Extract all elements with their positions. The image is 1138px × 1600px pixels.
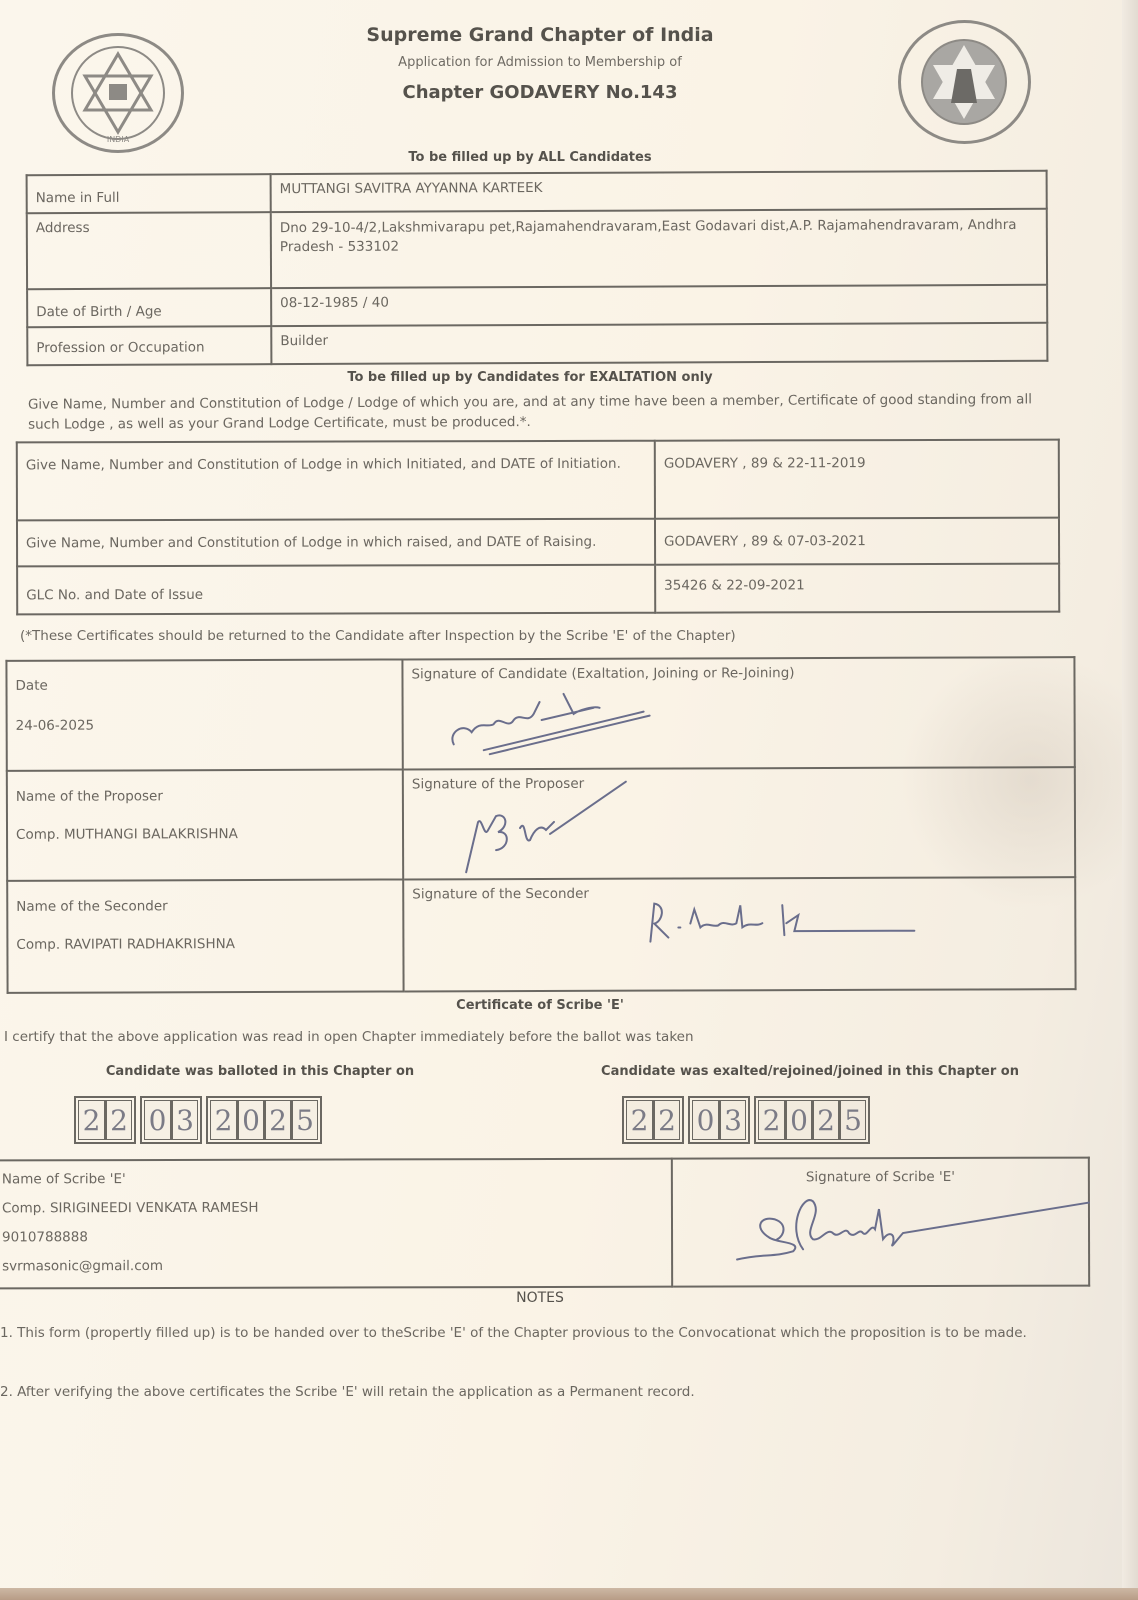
digit-box[interactable]: 3: [719, 1100, 746, 1140]
scribe-name[interactable]: Comp. SIRIGINEEDI VENKATA RAMESH: [2, 1193, 663, 1224]
proposer-cell: Name of the Proposer Comp. MUTHANGI BALA…: [7, 769, 403, 880]
proposer-name[interactable]: Comp. MUTHANGI BALAKRISHNA: [16, 815, 394, 854]
regional-grand-chapter-seal-icon: [898, 20, 1031, 144]
digit-box[interactable]: 2: [78, 1100, 105, 1140]
initiation-label: Give Name, Number and Constitution of Lo…: [17, 441, 655, 521]
signatures-table: Date 24-06-2025 Signature of Candidate (…: [5, 656, 1076, 994]
scribe-details-table: Name of Scribe 'E' Comp. SIRIGINEEDI VEN…: [0, 1157, 1090, 1290]
raising-value[interactable]: GODAVERY , 89 & 07-03-2021: [655, 518, 1059, 565]
raising-label: Give Name, Number and Constitution of Lo…: [17, 519, 655, 567]
year-group: 2 0 2 5: [754, 1096, 870, 1144]
exalted-date-boxes[interactable]: 2 2 0 3 2 0 2 5: [622, 1096, 874, 1144]
scribe-name-label: Name of Scribe 'E': [2, 1164, 663, 1195]
organization-title: Supreme Grand Chapter of India: [350, 24, 730, 46]
digit-box[interactable]: 0: [237, 1100, 264, 1140]
digit-box[interactable]: 0: [144, 1100, 171, 1140]
digit-box[interactable]: 5: [839, 1100, 866, 1140]
scribe-signature-icon: [733, 1187, 1093, 1272]
name-value[interactable]: MUTTANGI SAVITRA AYYANNA KARTEEK: [271, 171, 1047, 212]
digit-box[interactable]: 2: [626, 1100, 653, 1140]
balloted-label: Candidate was balloted in this Chapter o…: [60, 1064, 460, 1079]
seconder-signature-icon: [644, 897, 924, 952]
exalted-label: Candidate was exalted/rejoined/joined in…: [570, 1064, 1050, 1079]
scribe-statement: I certify that the above application was…: [4, 1027, 904, 1047]
svg-text:INDIA: INDIA: [107, 135, 130, 144]
table-surface: [0, 1588, 1138, 1600]
glc-value[interactable]: 35426 & 22-09-2021: [655, 564, 1059, 613]
seconder-name[interactable]: Comp. RAVIPATI RADHAKRISHNA: [16, 925, 394, 964]
date-label: Date: [15, 665, 393, 706]
year-group: 2 0 2 5: [206, 1096, 322, 1144]
candidate-details-table: Name in Full MUTTANGI SAVITRA AYYANNA KA…: [26, 170, 1049, 366]
note-item: 1. This form (propertly filled up) is to…: [0, 1322, 1090, 1345]
form-subtitle: Application for Admission to Membership …: [350, 55, 730, 70]
table-row: Address Dno 29-10-4/2,Lakshmivarapu pet,…: [27, 209, 1047, 289]
month-group: 0 3: [140, 1096, 202, 1144]
scribe-signature-label: Signature of Scribe 'E': [681, 1169, 1080, 1186]
table-row: Name of the Proposer Comp. MUTHANGI BALA…: [7, 767, 1075, 881]
digit-box[interactable]: 2: [653, 1100, 680, 1140]
table-row: Name in Full MUTTANGI SAVITRA AYYANNA KA…: [27, 171, 1047, 213]
table-row: Profession or Occupation Builder: [27, 323, 1047, 365]
exaltation-heading: To be filled up by Candidates for EXALTA…: [330, 370, 730, 385]
chapter-name: Chapter GODAVERY No.143: [350, 82, 730, 103]
table-row: Give Name, Number and Constitution of Lo…: [17, 440, 1059, 521]
certificates-footnote: (*These Certificates should be returned …: [20, 626, 920, 646]
note-item: 2. After verifying the above certificate…: [0, 1382, 1090, 1402]
candidate-signature-cell[interactable]: Signature of Candidate (Exaltation, Join…: [402, 657, 1074, 769]
notes-heading: NOTES: [340, 1290, 740, 1306]
digit-box[interactable]: 2: [210, 1100, 237, 1140]
seconder-cell: Name of the Seconder Comp. RAVIPATI RADH…: [7, 879, 403, 992]
lodge-details-table: Give Name, Number and Constitution of Lo…: [16, 439, 1060, 616]
glc-label: GLC No. and Date of Issue: [17, 565, 655, 615]
table-row: Name of the Seconder Comp. RAVIPATI RADH…: [7, 877, 1075, 993]
page-edge: [1122, 0, 1138, 1600]
scribe-details-cell: Name of Scribe 'E' Comp. SIRIGINEEDI VEN…: [0, 1159, 672, 1289]
profession-label: Profession or Occupation: [27, 326, 271, 365]
profession-value[interactable]: Builder: [271, 323, 1047, 364]
scribe-phone[interactable]: 9010788888: [2, 1222, 663, 1253]
date-value[interactable]: 24-06-2025: [16, 705, 394, 746]
month-group: 0 3: [688, 1096, 750, 1144]
date-cell: Date 24-06-2025: [6, 659, 402, 770]
supreme-grand-chapter-seal-icon: INDIA: [52, 33, 184, 153]
balloted-date-boxes[interactable]: 2 2 0 3 2 0 2 5: [74, 1096, 326, 1144]
name-label: Name in Full: [27, 174, 271, 213]
day-group: 2 2: [622, 1096, 684, 1144]
initiation-value[interactable]: GODAVERY , 89 & 22-11-2019: [655, 440, 1059, 519]
candidate-signature-icon: [444, 684, 664, 759]
digit-box[interactable]: 2: [105, 1100, 132, 1140]
digit-box[interactable]: 2: [264, 1100, 291, 1140]
scribe-signature-cell[interactable]: Signature of Scribe 'E': [672, 1158, 1089, 1287]
table-row: GLC No. and Date of Issue 35426 & 22-09-…: [17, 564, 1059, 615]
address-label: Address: [27, 212, 271, 289]
day-group: 2 2: [74, 1096, 136, 1144]
digit-box[interactable]: 2: [812, 1100, 839, 1140]
proposer-signature-icon: [460, 768, 640, 883]
digit-box[interactable]: 0: [692, 1100, 719, 1140]
table-row: Date of Birth / Age 08-12-1985 / 40: [27, 285, 1047, 327]
digit-box[interactable]: 5: [291, 1100, 318, 1140]
table-row: Give Name, Number and Constitution of Lo…: [17, 518, 1059, 567]
table-row: Date 24-06-2025 Signature of Candidate (…: [6, 657, 1074, 771]
digit-box[interactable]: 0: [785, 1100, 812, 1140]
application-form-page: INDIA Supreme Grand Chapter of India App…: [0, 0, 1138, 1590]
exaltation-instructions: Give Name, Number and Constitution of Lo…: [28, 389, 1048, 434]
table-row: Name of Scribe 'E' Comp. SIRIGINEEDI VEN…: [0, 1158, 1089, 1289]
scribe-certificate-heading: Certificate of Scribe 'E': [340, 998, 740, 1013]
digit-box[interactable]: 3: [171, 1100, 198, 1140]
candidate-signature-label: Signature of Candidate (Exaltation, Join…: [411, 664, 1065, 682]
digit-box[interactable]: 2: [758, 1100, 785, 1140]
address-value[interactable]: Dno 29-10-4/2,Lakshmivarapu pet,Rajamahe…: [271, 209, 1047, 288]
proposer-label: Name of the Proposer: [16, 777, 394, 816]
proposer-signature-cell[interactable]: Signature of the Proposer: [403, 767, 1075, 879]
seconder-label: Name of the Seconder: [16, 887, 394, 926]
seconder-signature-cell[interactable]: Signature of the Seconder: [403, 877, 1075, 991]
dob-value[interactable]: 08-12-1985 / 40: [271, 285, 1047, 326]
scribe-email[interactable]: svrmasonic@gmail.com: [2, 1251, 663, 1282]
all-candidates-heading: To be filled up by ALL Candidates: [330, 150, 730, 165]
dob-label: Date of Birth / Age: [27, 288, 271, 327]
